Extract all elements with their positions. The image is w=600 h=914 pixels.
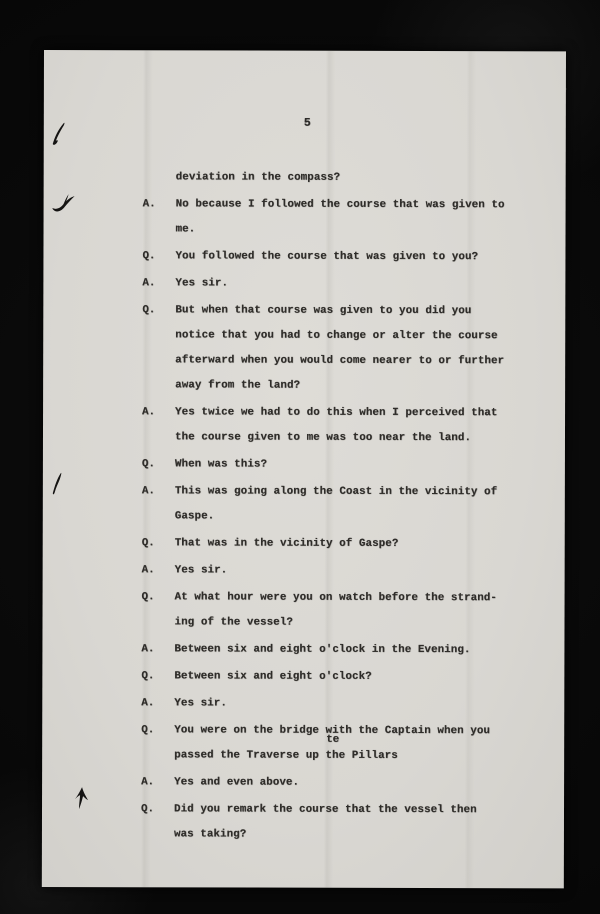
- transcript-line: passed the Traverse up the Pillars: [174, 743, 541, 769]
- question-block: Q.Did you remark the course that the ves…: [141, 797, 541, 848]
- question-block: Q.That was in the vicinity of Gaspe?: [142, 531, 542, 557]
- transcript-line: You were on the bridge with the Captain …: [174, 718, 541, 744]
- answer-block: A.Yes twice we had to do this when I per…: [142, 400, 542, 451]
- document-page: 5 deviation in the compass?A.No because …: [42, 50, 566, 888]
- transcript-line: away from the land?: [175, 373, 542, 399]
- transcript-line: afterward when you would come nearer to …: [175, 348, 542, 374]
- answer-block: A.Between six and eight o'clock in the E…: [141, 637, 541, 663]
- block-lines: This was going along the Coast in the vi…: [175, 479, 542, 530]
- block-lines: Between six and eight o'clock in the Eve…: [174, 637, 541, 663]
- transcript-line: Yes twice we had to do this when I perce…: [175, 400, 542, 426]
- question-block: Q.At what hour were you on watch before …: [141, 585, 541, 636]
- block-lines: Yes and even above.: [174, 770, 541, 796]
- transcript-line: Yes sir.: [175, 558, 542, 584]
- transcript-line: ing of the vessel?: [174, 610, 541, 636]
- answer-block: A.Yes and even above.: [141, 770, 541, 796]
- question-block: Q.You followed the course that was given…: [142, 244, 542, 270]
- transcript: deviation in the compass?A.No because I …: [141, 165, 543, 850]
- transcript-line: At what hour were you on watch before th…: [175, 585, 542, 611]
- transcript-line: notice that you had to change or alter t…: [175, 323, 542, 349]
- block-lines: Yes twice we had to do this when I perce…: [175, 400, 542, 451]
- block-lines: Yes sir.: [174, 691, 541, 717]
- ink-blot-icon: [52, 472, 63, 500]
- ink-blot-icon: [53, 194, 76, 220]
- block-lines: Yes sir.: [175, 558, 542, 584]
- answer-block: A.Yes sir.: [142, 271, 542, 297]
- transcript-line: Between six and eight o'clock?: [174, 664, 541, 690]
- transcript-line: Yes sir.: [175, 271, 542, 297]
- speaker-label: [143, 165, 176, 190]
- continuation-block: deviation in the compass?: [143, 165, 543, 191]
- ink-blot-icon: [52, 122, 66, 151]
- speaker-label: A.: [141, 637, 174, 662]
- answer-block: A.Yes sir.: [141, 691, 541, 717]
- speaker-label: A.: [142, 558, 175, 583]
- speaker-label: Q.: [142, 531, 175, 556]
- speaker-label: Q.: [142, 585, 175, 610]
- transcript-line: No because I followed the course that wa…: [176, 192, 543, 218]
- scanned-photo-frame: 5 deviation in the compass?A.No because …: [0, 0, 600, 914]
- transcript-line: Between six and eight o'clock in the Eve…: [174, 637, 541, 663]
- speaker-label: A.: [142, 479, 175, 504]
- speaker-label: A.: [141, 770, 174, 795]
- transcript-line: Did you remark the course that the vesse…: [174, 797, 541, 823]
- speaker-label: A.: [142, 400, 175, 425]
- inserted-word: te: [326, 735, 339, 745]
- transcript-line: You followed the course that was given t…: [175, 244, 542, 270]
- speaker-label: Q.: [141, 718, 174, 743]
- transcript-line: the course given to me was too near the …: [175, 425, 542, 451]
- block-lines: At what hour were you on watch before th…: [174, 585, 541, 636]
- speaker-label: Q.: [142, 298, 175, 323]
- question-block: Q.When was this?: [142, 452, 542, 478]
- transcript-line: This was going along the Coast in the vi…: [175, 479, 542, 505]
- transcript-line: Gaspe.: [175, 504, 542, 530]
- answer-block: A.No because I followed the course that …: [142, 192, 542, 243]
- question-block: Q.You were on the bridge with the Captai…: [141, 718, 541, 769]
- transcript-line: That was in the vicinity of Gaspe?: [175, 531, 542, 557]
- block-lines: Yes sir.: [175, 271, 542, 297]
- speaker-label: Q.: [142, 452, 175, 477]
- speaker-label: Q.: [142, 244, 175, 269]
- transcript-line: was taking?: [174, 822, 541, 848]
- ink-blot-icon: [75, 787, 90, 815]
- speaker-label: A.: [141, 691, 174, 716]
- answer-block: A.Yes sir.: [142, 558, 542, 584]
- speaker-label: Q.: [141, 664, 174, 689]
- transcript-line: me.: [175, 217, 542, 243]
- block-lines: No because I followed the course that wa…: [175, 192, 542, 243]
- block-lines: That was in the vicinity of Gaspe?: [175, 531, 542, 557]
- block-lines: When was this?: [175, 452, 542, 478]
- block-lines: Between six and eight o'clock?: [174, 664, 541, 690]
- transcript-line: But when that course was given to you di…: [175, 298, 542, 324]
- block-lines: Did you remark the course that the vesse…: [174, 797, 541, 848]
- speaker-label: Q.: [141, 797, 174, 822]
- transcript-line: Yes sir.: [174, 691, 541, 717]
- question-block: Q.But when that course was given to you …: [142, 298, 542, 399]
- speaker-label: A.: [142, 271, 175, 296]
- block-lines: You followed the course that was given t…: [175, 244, 542, 270]
- speaker-label: A.: [143, 192, 176, 217]
- page-number: 5: [304, 117, 311, 130]
- transcript-line: deviation in the compass?: [176, 165, 543, 191]
- block-lines: deviation in the compass?: [176, 165, 543, 191]
- block-lines: You were on the bridge with the Captain …: [174, 718, 541, 769]
- transcript-line: When was this?: [175, 452, 542, 478]
- transcript-line: Yes and even above.: [174, 770, 541, 796]
- block-lines: But when that course was given to you di…: [175, 298, 542, 399]
- question-block: Q.Between six and eight o'clock?: [141, 664, 541, 690]
- answer-block: A.This was going along the Coast in the …: [142, 479, 542, 530]
